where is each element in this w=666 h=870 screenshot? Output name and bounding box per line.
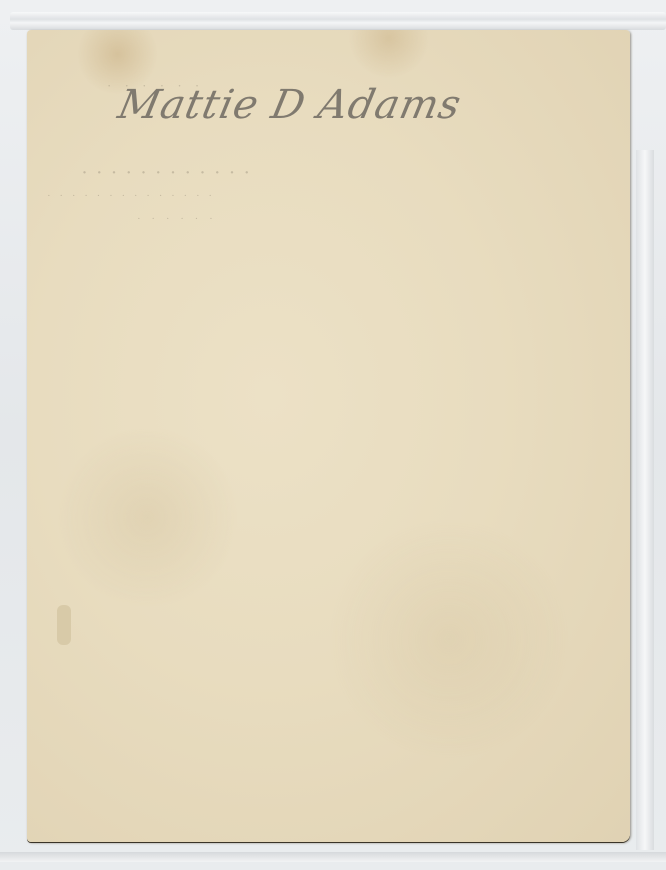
paper-stain [57, 605, 71, 645]
sleeve-right-edge [636, 150, 654, 850]
sleeve-top-edge [10, 12, 666, 30]
bleed-through-text: · · · · · · · · · · · · · · [47, 190, 215, 202]
card-back: · · · · · · Mattie D Adams · · · · · · ·… [27, 30, 630, 842]
bleed-through-text: · · · · · · · · · · · · [82, 165, 252, 182]
handwritten-signature: Mattie D Adams [114, 82, 465, 128]
bleed-through-text: · · · · · · [137, 213, 217, 225]
sleeve-bottom-edge [0, 852, 666, 862]
